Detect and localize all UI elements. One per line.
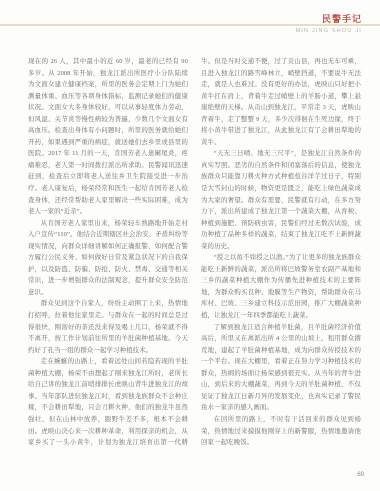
column-title-pinyin: MIN JING SHOU JI (295, 28, 362, 34)
page-number: 69 (357, 472, 364, 478)
paragraph: 从肯国芳老人家里出来，杨荣轻车熟路地开始走村入户宣传“110”。他结合近期辖区社… (28, 218, 188, 299)
header-rule (0, 24, 380, 26)
paragraph: 现在的 26 人，其中最小的近 60 岁，最老的已经有 90 多岁。从 2008… (28, 56, 188, 218)
magazine-page: 民警手记 MIN JING SHOU JI 现在的 26 人，其中最小的近 60… (0, 0, 380, 491)
page-header: 民警手记 MIN JING SHOU JI (0, 0, 380, 40)
paragraph: 群众见到这个自家人，纷纷主动围了上来，热情地打招呼，拉着他往家里走。与群众在一起… (28, 298, 188, 356)
paragraph: “天无三日晴、地无三尺平”，是独龙江自然条件的真实写照。恶劣的自然条件和闭塞落后… (201, 148, 361, 252)
paragraph: 在回所里的路上，不时有干活回来的群众见到杨荣，热情地过来摸摸他刚穿上的新警服，热… (201, 414, 361, 449)
paragraph: “授之以鱼不如授之以渔。”为了让更多的独龙族群众能吃上新鲜的蔬菜，派出所将巴坡警… (201, 252, 361, 321)
paragraph: 了解到独龙江适合种植羊肚菌，且羊肚菌经济价值高后，所里又在离派出所 4 公里的山… (201, 322, 361, 414)
article-body: 现在的 26 人，其中最小的近 60 岁，最老的已经有 90 多岁。从 2008… (28, 56, 361, 458)
